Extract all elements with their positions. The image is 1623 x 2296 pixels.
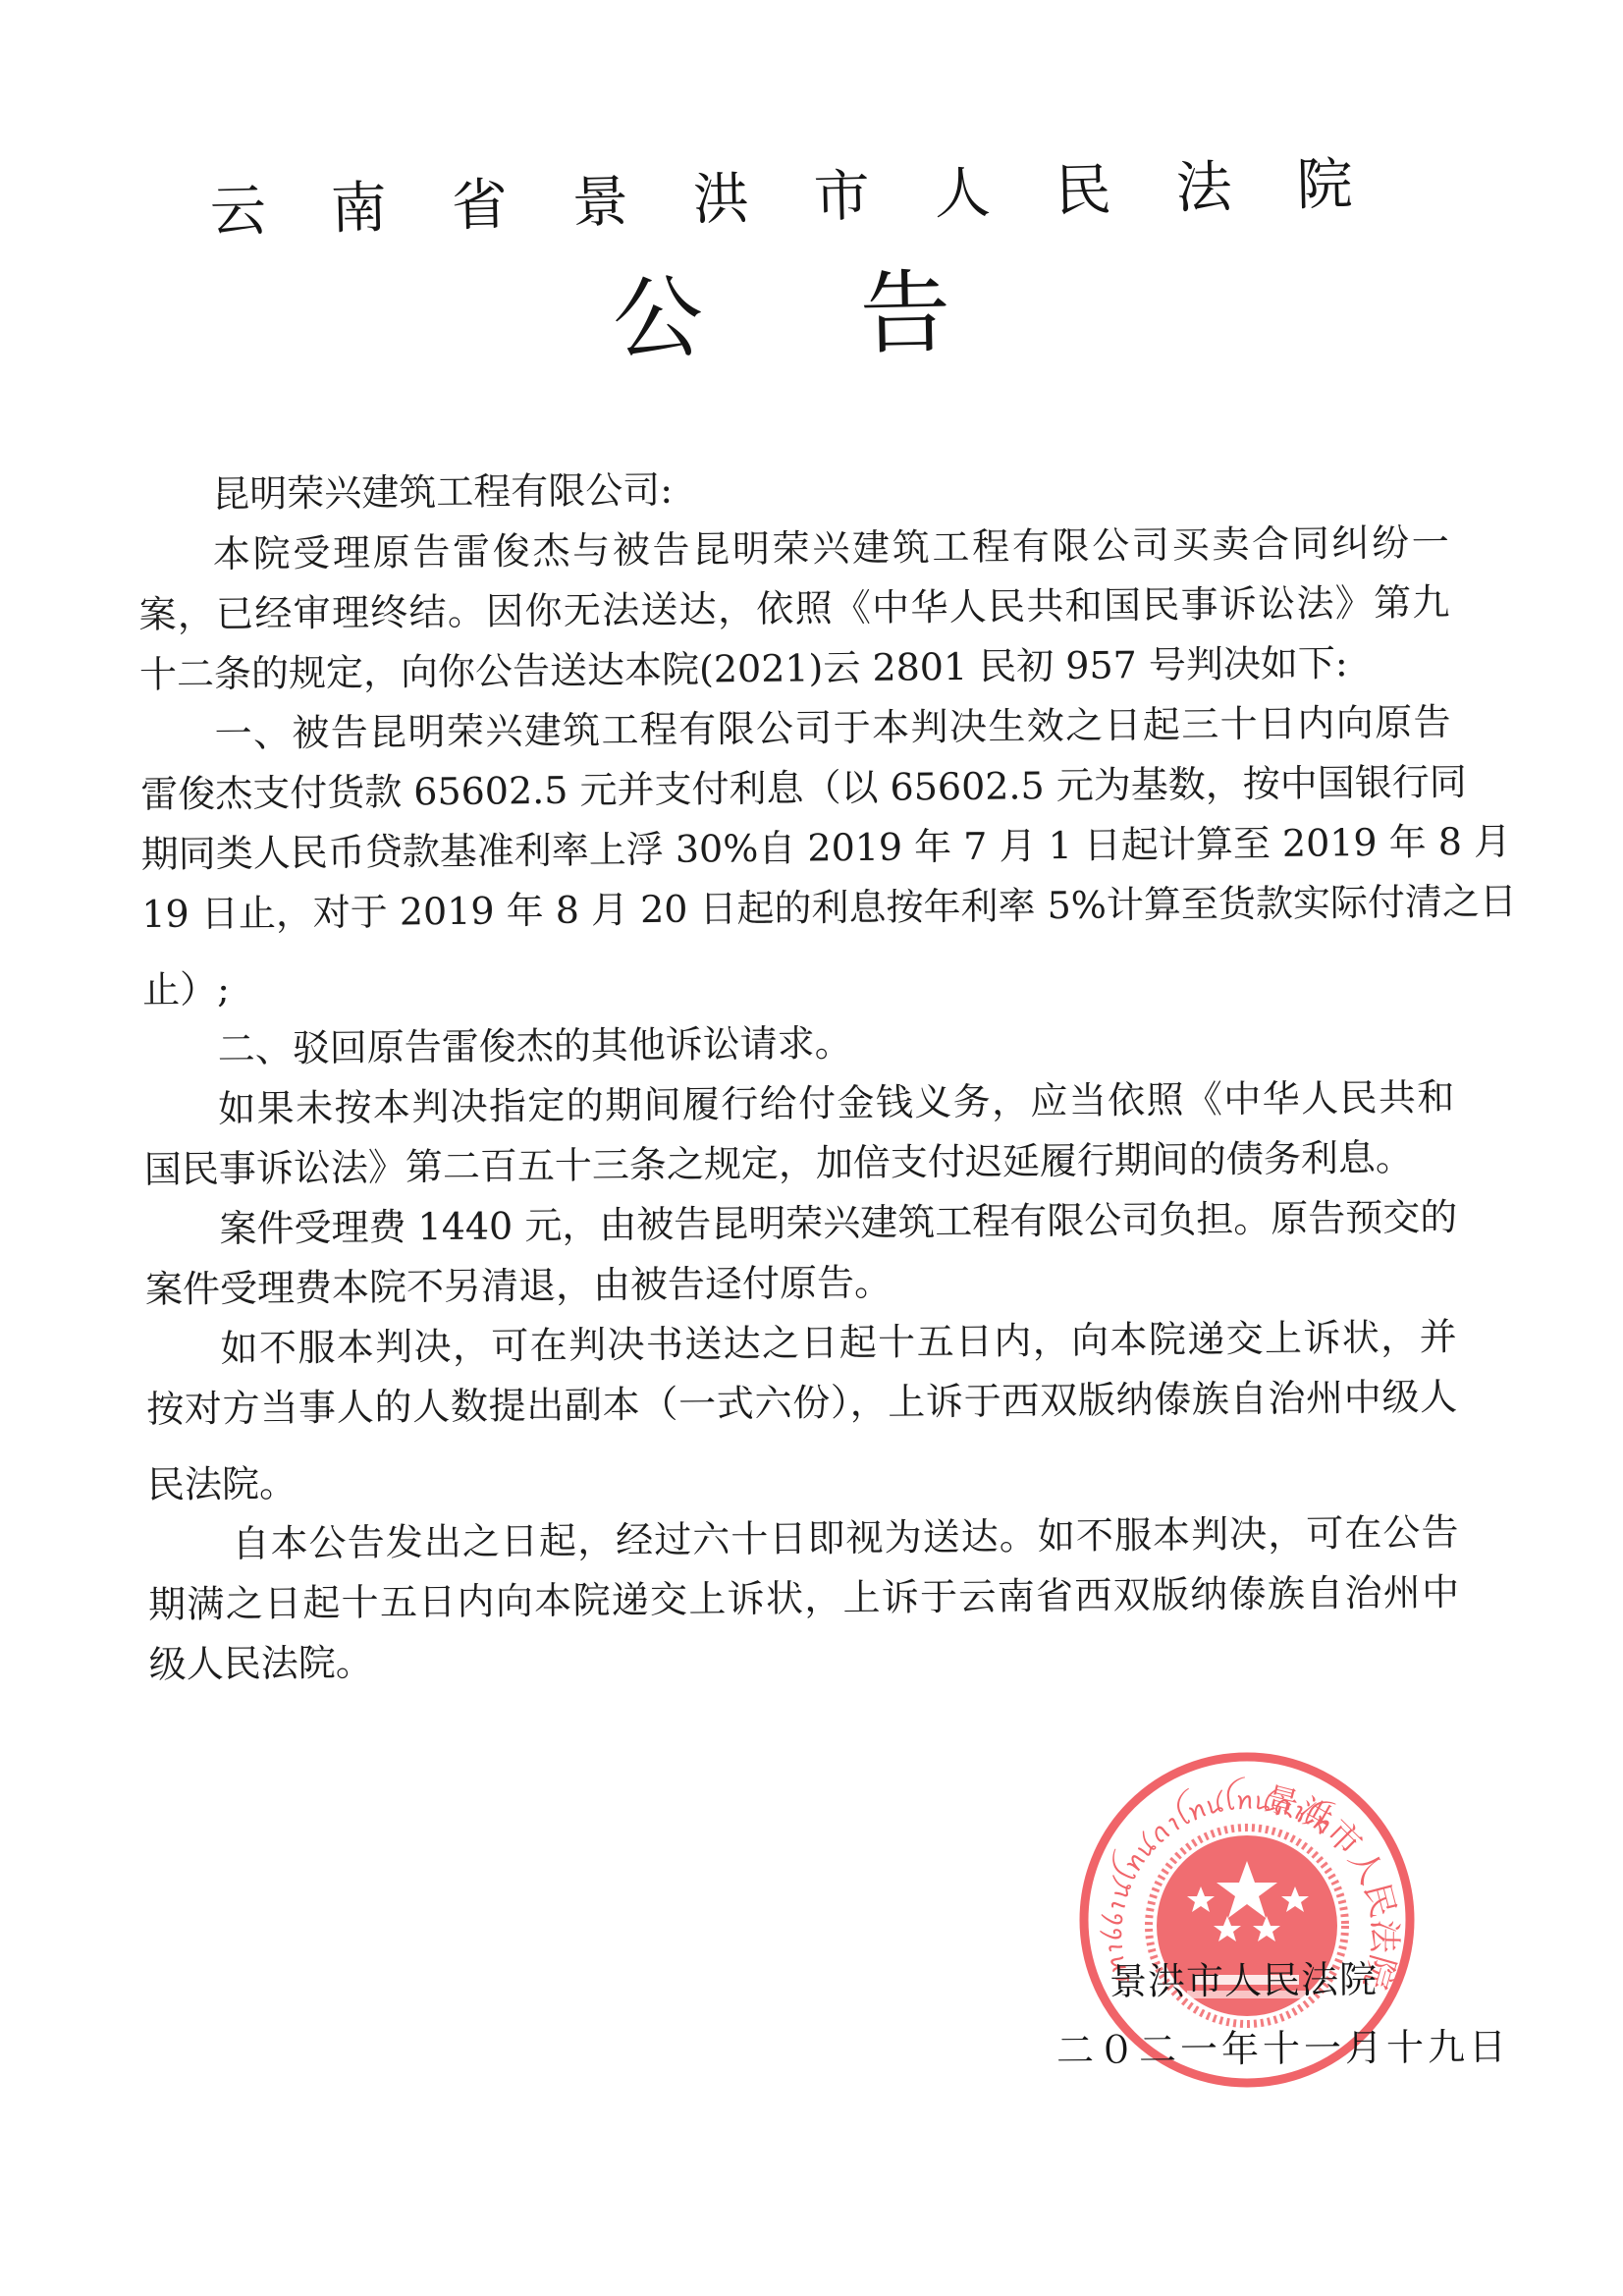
judgment-item-1-line: 19 日止，对于 2019 年 8 月 20 日起的利息按年利率 5%计算至货款…	[141, 872, 1453, 945]
appeal-clause-line: 按对方当事人的人数提出副本（一式六份），上诉于西双版纳傣族自治州中级人	[146, 1367, 1458, 1440]
notice-title: 公告	[612, 250, 1109, 379]
issue-date: 二０二一年十一月十九日	[1056, 2019, 1510, 2078]
notice-body: 昆明荣兴建筑工程有限公司: 本院受理原告雷俊杰与被告昆明荣兴建筑工程有限公司买卖…	[137, 453, 1460, 1695]
issuing-court-signature: 景洪市人民法院	[1109, 1952, 1378, 2009]
court-name-heading: 云南省景洪市人民法院	[209, 144, 1370, 251]
court-fee-line: 案件受理费 1440 元，由被告昆明荣兴建筑工程有限公司负担。原告预交的	[144, 1187, 1456, 1260]
notice-page: 云南省景洪市人民法院 公告 昆明荣兴建筑工程有限公司: 本院受理原告雷俊杰与被告…	[0, 0, 1623, 2296]
service-clause-line: 期满之日起十五日内向本院递交上诉状，上诉于云南省西双版纳傣族自治州中	[148, 1562, 1460, 1635]
service-clause-line: 级人民法院。	[148, 1622, 1460, 1695]
